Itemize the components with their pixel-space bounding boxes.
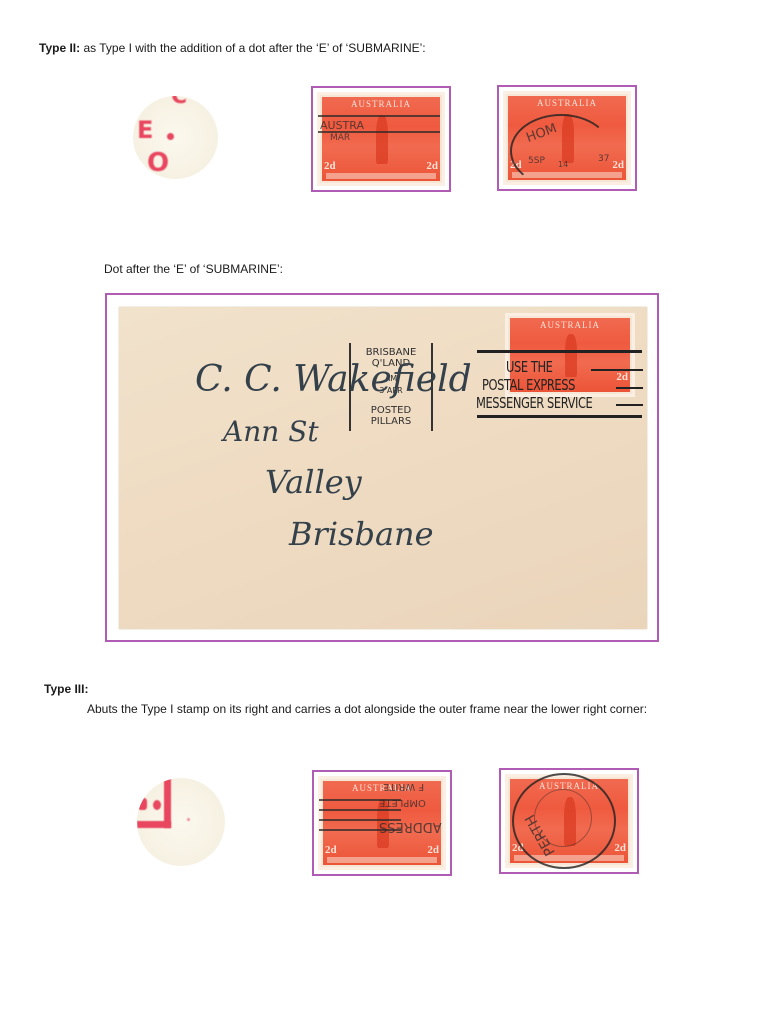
type2-stamp-1-frame: AUSTRALIA 2d 2d AUSTRA MAR bbox=[311, 86, 451, 192]
magnified-dot bbox=[138, 798, 147, 810]
postmark-line: BRISBANE bbox=[351, 347, 431, 358]
type2-stamp-1: AUSTRALIA 2d 2d AUSTRA MAR bbox=[317, 92, 445, 186]
stamp-country: AUSTRALIA bbox=[508, 98, 626, 108]
slogan-line-2: POSTAL EXPRESS bbox=[482, 377, 575, 394]
cancel-text: ADDRESS bbox=[379, 819, 442, 834]
cancel-text: 14 bbox=[558, 160, 568, 169]
type2-stamp-2-frame: AUSTRALIA 2d 2d HOM 5SP 14 37 bbox=[497, 85, 637, 191]
circular-cancel bbox=[510, 114, 612, 188]
slogan-bar bbox=[477, 350, 642, 353]
stamp-value-left: 2d bbox=[325, 844, 337, 856]
stamp-figure bbox=[565, 334, 577, 377]
address-line-4: Brisbane bbox=[289, 515, 434, 553]
cancel-text: 37 bbox=[598, 154, 609, 164]
envelope: AUSTRALIA 2d BRISBANE Q'LAND AM 3 APR PO… bbox=[119, 307, 647, 629]
postmark-line: PILLARS bbox=[351, 416, 431, 427]
cover-frame: AUSTRALIA 2d BRISBANE Q'LAND AM 3 APR PO… bbox=[105, 293, 659, 642]
slogan-line-1: USE THE bbox=[506, 359, 552, 376]
type2-stamp-2: AUSTRALIA 2d 2d HOM 5SP 14 37 bbox=[503, 91, 631, 185]
type3-label: Type III: bbox=[44, 682, 88, 696]
type2-description: as Type I with the addition of a dot aft… bbox=[80, 41, 426, 55]
magnified-letter-c: C bbox=[171, 96, 187, 109]
type3-stamp-2: AUSTRALIA 2d 2d PERTH bbox=[505, 774, 633, 868]
cancel-text: OMPLETE bbox=[379, 797, 426, 808]
magnified-dot bbox=[167, 133, 174, 140]
slogan-bar bbox=[616, 387, 643, 389]
cancel-text: F WRITE bbox=[383, 781, 424, 792]
corner-dot bbox=[187, 818, 190, 821]
magnified-letter-o: O bbox=[147, 148, 169, 178]
stamp-value-right: 2d bbox=[426, 160, 438, 172]
slogan-bar bbox=[477, 415, 642, 418]
cover-caption: Dot after the ‘E’ of ‘SUBMARINE’: bbox=[104, 262, 283, 276]
cancel-text: 5SP bbox=[528, 156, 545, 166]
cancel-text: AUSTRA bbox=[320, 119, 364, 132]
type3-description: Abuts the Type I stamp on its right and … bbox=[87, 702, 647, 716]
type2-label: Type II: bbox=[39, 41, 80, 55]
stamp-bottom-panel bbox=[327, 857, 437, 863]
stamp-value-left: 2d bbox=[324, 160, 336, 172]
slogan-line-3: MESSENGER SERVICE bbox=[476, 395, 592, 412]
type3-stamp-2-frame: AUSTRALIA 2d 2d PERTH bbox=[499, 768, 639, 874]
stamp-value-right: 2d bbox=[614, 842, 626, 854]
address-line-2: Ann St bbox=[223, 415, 319, 448]
stamp-bottom-panel bbox=[326, 173, 436, 179]
type2-heading: Type II: as Type I with the addition of … bbox=[39, 41, 426, 55]
slogan-bar bbox=[616, 404, 643, 406]
address-line-3: Valley bbox=[265, 463, 362, 501]
magnified-dot bbox=[153, 800, 161, 810]
type3-magnifier bbox=[137, 778, 225, 866]
stamp-value-right: 2d bbox=[616, 371, 628, 383]
cancel-text: MAR bbox=[330, 133, 350, 143]
magnified-letter-e: E bbox=[137, 116, 153, 144]
address-line-1: C. C. Wakefield bbox=[195, 359, 472, 400]
type3-stamp-1: AUSTRALIA 2d 2d ADDRESS OMPLETE F WRITE bbox=[318, 776, 446, 870]
postmark-line: POSTED bbox=[351, 405, 431, 416]
type3-stamp-1-frame: AUSTRALIA 2d 2d ADDRESS OMPLETE F WRITE bbox=[312, 770, 452, 876]
frame-line-horizontal bbox=[137, 821, 171, 828]
stamp-country: AUSTRALIA bbox=[322, 99, 440, 109]
stamp-value-right: 2d bbox=[612, 159, 624, 171]
slogan-bar bbox=[591, 369, 643, 371]
stamp-value-right: 2d bbox=[427, 844, 439, 856]
type2-magnifier: C E O bbox=[133, 96, 218, 179]
stamp-country: AUSTRALIA bbox=[510, 320, 630, 330]
